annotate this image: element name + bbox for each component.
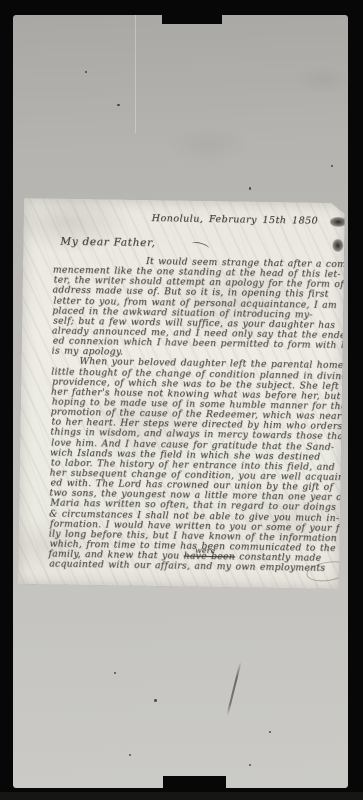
backing-card: Honolulu, February 15th 1850 My dear Fat… bbox=[13, 15, 348, 788]
frame-bottom-band bbox=[0, 792, 363, 800]
dust-speck bbox=[249, 764, 251, 766]
photo-frame: Honolulu, February 15th 1850 My dear Fat… bbox=[0, 0, 363, 800]
mat-scratch-mark bbox=[226, 662, 241, 716]
letter-page: Honolulu, February 15th 1850 My dear Fat… bbox=[18, 198, 345, 589]
dust-speck bbox=[154, 699, 157, 702]
letter-dateline: Honolulu, February 15th 1850 bbox=[152, 213, 319, 228]
dust-speck bbox=[85, 71, 87, 73]
mat-smudge bbox=[293, 65, 353, 95]
dust-speck bbox=[114, 672, 116, 674]
handwritten-line: acquainted with our affairs, and my own … bbox=[49, 560, 363, 575]
pen-stroke-mark bbox=[190, 240, 210, 253]
dust-speck bbox=[117, 104, 120, 106]
letter-body: It would seem strange that after a com- … bbox=[48, 255, 363, 574]
film-notch-bottom bbox=[163, 776, 226, 788]
letter-salutation: My dear Father, bbox=[60, 236, 156, 250]
ink-blot bbox=[330, 217, 347, 227]
mat-vertical-scratch bbox=[135, 15, 136, 133]
mat-smudge bbox=[163, 125, 253, 165]
dust-speck bbox=[249, 187, 251, 190]
film-notch-top bbox=[162, 15, 222, 24]
dust-speck bbox=[129, 754, 131, 756]
dust-speck bbox=[331, 165, 333, 167]
ink-blot bbox=[332, 239, 343, 252]
dust-speck bbox=[269, 731, 271, 733]
